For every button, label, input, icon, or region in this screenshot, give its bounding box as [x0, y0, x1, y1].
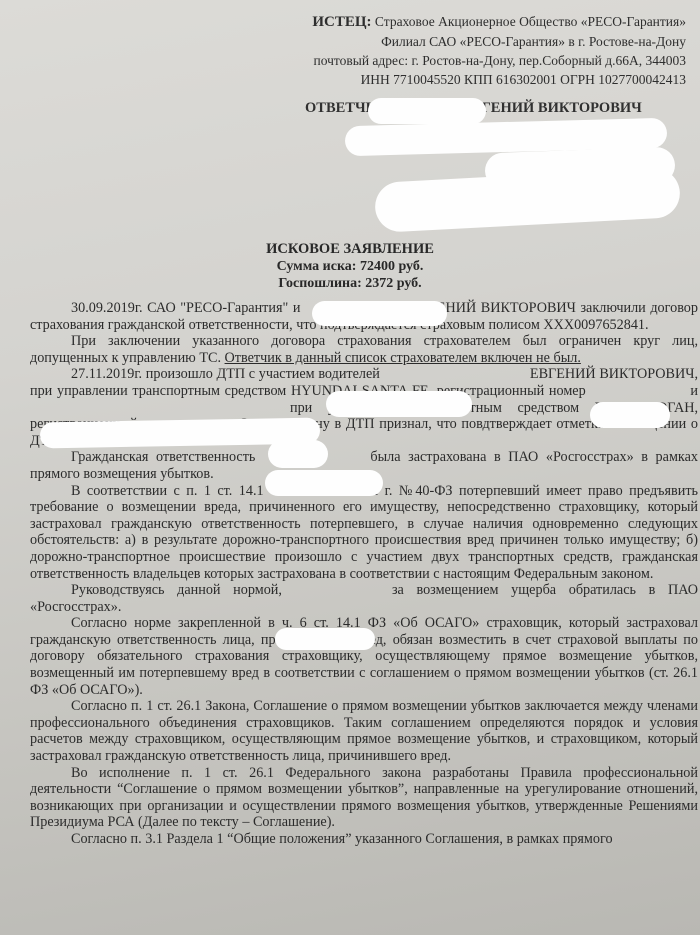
paragraph-26-1: Согласно п. 1 ст. 26.1 Закона, Соглашени…	[30, 698, 698, 764]
plaintiff-header: ИСТЕЦ: Страховое Акционерное Общество «Р…	[286, 12, 686, 89]
document-page: ИСТЕЦ: Страховое Акционерное Общество «Р…	[0, 0, 700, 935]
redaction-mark	[268, 440, 328, 468]
redaction-mark	[590, 402, 670, 428]
text: Руководствуясь данной нормой,	[71, 582, 282, 598]
paragraph-3-1: Согласно п. 3.1 Раздела 1 “Общие положен…	[30, 831, 698, 848]
paragraph-rules: Во исполнение п. 1 ст. 26.1 Федерального…	[30, 765, 698, 831]
redaction-mark	[326, 391, 472, 417]
redaction-mark	[265, 470, 383, 496]
redaction-mark	[312, 301, 447, 326]
text: 30.09.2019г. САО "РЕСО-Гарантия" и	[71, 300, 300, 316]
text: Гражданская ответственность	[71, 449, 255, 465]
branch-line: Филиал САО «РЕСО-Гарантия» в г. Ростове-…	[286, 32, 686, 51]
state-fee: Госпошлина: 2372 руб.	[0, 275, 700, 292]
plaintiff-label: ИСТЕЦ:	[312, 14, 371, 30]
text: и	[690, 383, 698, 399]
redaction-mark	[374, 167, 681, 233]
registration-numbers: ИНН 7710045520 КПП 616302001 ОГРН 102770…	[286, 70, 686, 89]
redaction-mark	[275, 628, 375, 650]
text: 27.11.2019г. произошло ДТП с участием во…	[71, 366, 380, 382]
underlined-statement: Ответчик в данный список страхователем в…	[225, 350, 581, 366]
document-body: 30.09.2019г. САО "РЕСО-Гарантия" иЕВГЕНИ…	[30, 300, 698, 848]
claim-amount: Сумма иска: 72400 руб.	[0, 258, 700, 275]
redaction-mark	[368, 98, 486, 124]
document-title: ИСКОВОЕ ЗАЯВЛЕНИЕ	[0, 241, 700, 258]
defendant-name: ЕВГЕНИЙ ВИКТОРОВИЧ	[462, 100, 642, 116]
postal-address: почтовый адрес: г. Ростов-на-Дону, пер.С…	[286, 51, 686, 70]
plaintiff-name: Страховое Акционерное Общество «РЕСО-Гар…	[375, 14, 686, 29]
paragraph-guided: Руководствуясь данной нормой,за возмещен…	[30, 582, 698, 615]
paragraph-restricted-drivers: При заключении указанного договора страх…	[30, 333, 698, 366]
paragraph-law-14-1: В соответствии с п. 1 ст. 14.1 ФЗ от 25.…	[30, 483, 698, 583]
claim-title-block: ИСКОВОЕ ЗАЯВЛЕНИЕ Сумма иска: 72400 руб.…	[0, 241, 700, 292]
